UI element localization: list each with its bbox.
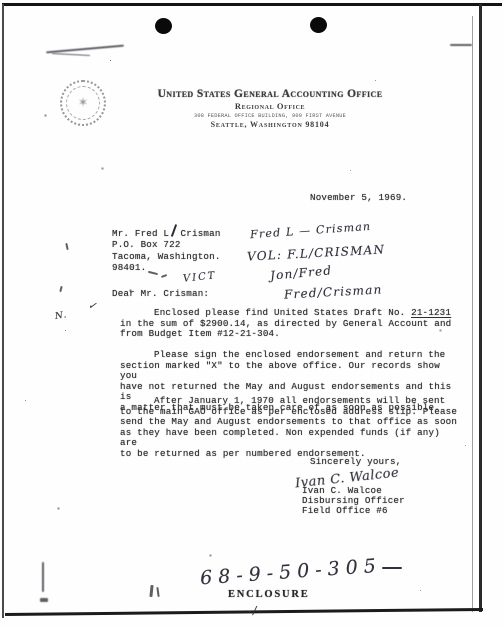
pen-scribble [59, 286, 62, 292]
street-address: 308 Federal Office Building, 909 First A… [130, 113, 410, 119]
pencil-scribble [46, 45, 124, 53]
seal-eagle-icon: ✶ [78, 93, 87, 112]
salutation: Dear Mr. Crisman: [112, 289, 209, 300]
agency-name: United States General Accounting Office [130, 88, 410, 100]
signer-office: Field Office #6 [302, 506, 388, 517]
handwritten-note: Fred/Crisman [284, 282, 383, 301]
pencil-scribble [52, 53, 90, 56]
scanned-letter-page: ✶ United States General Accounting Offic… [0, 0, 504, 629]
p1-rest: in the sum of $2900.14, as directed by G… [120, 318, 451, 340]
scan-smudge [149, 585, 153, 597]
office-line: Regional Office [130, 101, 410, 111]
p1-lead: Enclosed please find United States Draft… [154, 307, 411, 318]
handwritten-note: Jon/Fred [270, 263, 333, 282]
scan-noise-speckles [110, 60, 111, 61]
letterhead: United States General Accounting Office … [130, 88, 410, 129]
scan-smudge [42, 562, 44, 592]
scan-border-right [479, 4, 482, 612]
gao-seal-stamp: ✶ [60, 80, 106, 126]
scan-border-top [2, 3, 502, 6]
handwritten-file-number: 68-9-50-305 [199, 555, 382, 590]
hole-punch-dot [155, 18, 172, 34]
hole-punch-dot [310, 17, 327, 33]
draft-number: 21-1231 [411, 307, 451, 318]
scan-border-left [2, 4, 4, 618]
handwritten-note: Fred L — Crisman [250, 220, 372, 241]
body-paragraph-3: After January 1, 1970 all endorsements w… [120, 396, 462, 459]
page-edge-shadow [472, 16, 473, 612]
margin-mark: N. [54, 310, 68, 322]
margin-checkmark: ✓ [87, 300, 98, 312]
handwritten-note: VOL: F.L/CRISMAN [247, 242, 386, 263]
body-paragraph-1: Enclosed please find United States Draft… [120, 308, 462, 340]
pen-scribble [161, 274, 167, 277]
scan-border-bottom [5, 608, 483, 616]
handwritten-note-vict: VICT [183, 270, 217, 284]
pen-scribble [65, 243, 68, 250]
city-line: Seattle, Washington 98104 [130, 120, 410, 129]
scan-smudge [40, 598, 48, 602]
pen-dash [382, 567, 402, 569]
bottom-page-mark: -/- [248, 604, 263, 618]
date-line: November 5, 1969. [310, 193, 407, 204]
enclosure-stamp: ENCLOSURE [228, 589, 310, 600]
scan-smudge [156, 587, 159, 597]
recipient-address: Mr. Fred L. Crisman P.O. Box 722 Tacoma,… [112, 228, 221, 273]
edge-smudge [450, 44, 472, 46]
